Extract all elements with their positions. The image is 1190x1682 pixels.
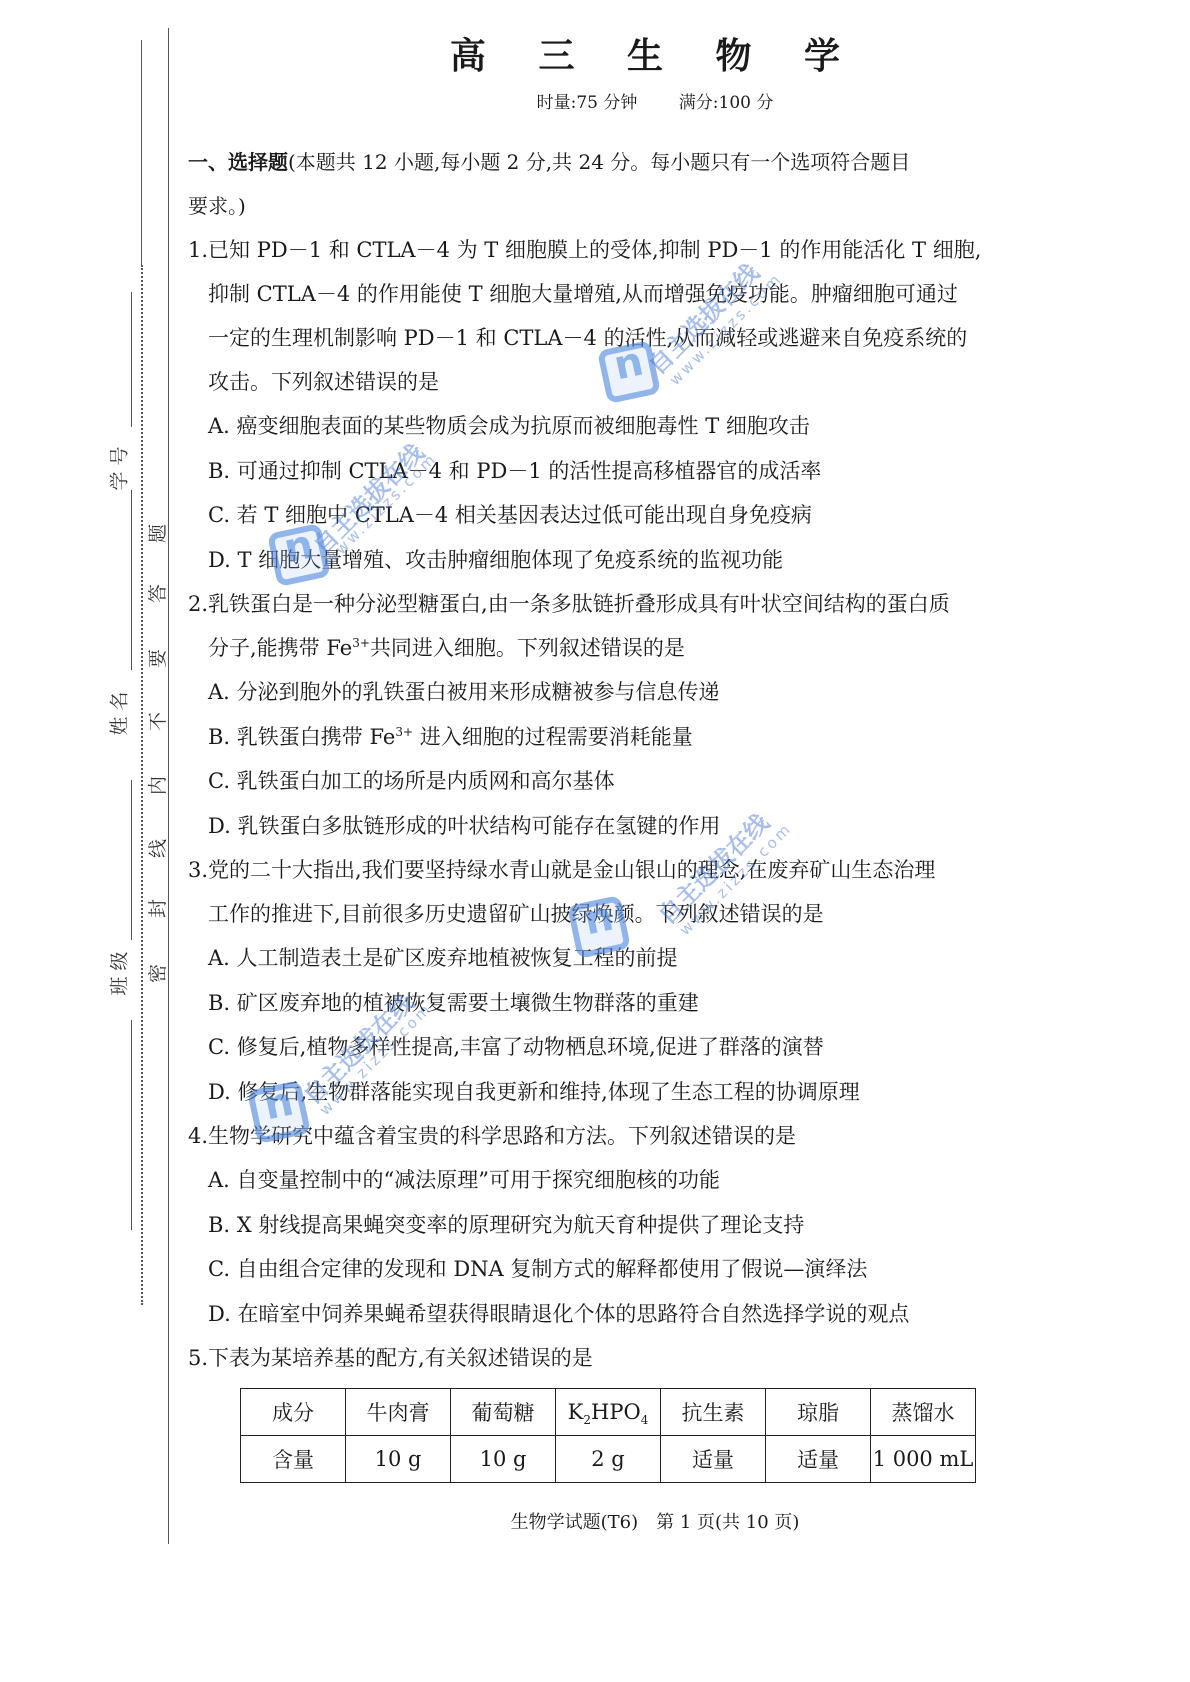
- table-cell: 蒸馏水: [871, 1389, 976, 1436]
- option-b: B. X 射线提高果蝇突变率的原理研究为航天育种提供了理论支持: [188, 1203, 1018, 1248]
- class-underline: [131, 780, 132, 940]
- option-text: B. 乳铁蛋白携带 Fe: [208, 725, 395, 749]
- question-stem-line: 下表为某培养基的配方,有关叙述错误的是: [208, 1346, 593, 1370]
- ion-charge: 3+: [352, 636, 370, 650]
- table-cell: 适量: [766, 1436, 871, 1483]
- option-text: 进入细胞的过程需要消耗能量: [413, 725, 693, 749]
- question-number: 2.: [188, 592, 208, 616]
- exam-full-score: 满分:100 分: [679, 93, 774, 113]
- table-row: 成分 牛肉膏 葡萄糖 K2HPO4 抗生素 琼脂 蒸馏水: [241, 1389, 976, 1436]
- watermark-logo-icon: [267, 523, 331, 587]
- exam-duration: 时量:75 分钟: [537, 93, 638, 113]
- name-label: 姓 名: [105, 684, 132, 744]
- ion-charge: 3+: [395, 725, 413, 739]
- question-number: 1.: [188, 238, 208, 262]
- seal-char: 封: [143, 899, 170, 918]
- option-a: A. 癌变细胞表面的某些物质会成为抗原而被细胞毒性 T 细胞攻击: [188, 404, 1018, 449]
- question-stem-line: 抑制 CTLA－4 的作用能使 T 细胞大量增殖,从而增强免疫功能。肿瘤细胞可通…: [188, 272, 1018, 316]
- formula-part: K: [568, 1400, 584, 1424]
- section-instructions: (本题共 12 小题,每小题 2 分,共 24 分。每小题只有一个选项符合题目: [288, 150, 910, 174]
- question-stem-line: 已知 PD－1 和 CTLA－4 为 T 细胞膜上的受体,抑制 PD－1 的作用…: [208, 238, 981, 262]
- question-2: 2.乳铁蛋白是一种分泌型糖蛋白,由一条多肽链折叠形成具有叶状空间结构的蛋白质 分…: [188, 582, 1018, 848]
- page-title: 高 三 生 物 学: [0, 28, 1190, 79]
- question-number: 5.: [188, 1346, 208, 1370]
- culture-medium-table: 成分 牛肉膏 葡萄糖 K2HPO4 抗生素 琼脂 蒸馏水 含量 10 g 10 …: [240, 1388, 976, 1483]
- table-cell: 10 g: [346, 1436, 451, 1483]
- option-b: B. 乳铁蛋白携带 Fe3+ 进入细胞的过程需要消耗能量: [188, 715, 1018, 760]
- class-underline-lower: [131, 1020, 132, 1230]
- table-cell: K2HPO4: [556, 1389, 661, 1436]
- watermark-logo-icon: [567, 895, 631, 959]
- section-instructions-cont: 要求。): [188, 184, 1018, 228]
- table-cell: 1 000 mL: [871, 1436, 976, 1483]
- section-heading: 一、选择题(本题共 12 小题,每小题 2 分,共 24 分。每小题只有一个选项…: [188, 140, 1018, 184]
- class-label: 班 级: [105, 944, 132, 1004]
- option-d: D. 在暗室中饲养果蝇希望获得眼睛退化个体的思路符合自然选择学说的观点: [188, 1292, 1018, 1337]
- stem-text: 分子,能携带 Fe: [208, 636, 352, 660]
- option-a: A. 自变量控制中的“减法原理”可用于探究细胞核的功能: [188, 1158, 1018, 1203]
- table-cell: 适量: [661, 1436, 766, 1483]
- table-cell: 牛肉膏: [346, 1389, 451, 1436]
- student-id-label: 学 号: [105, 439, 132, 499]
- page-footer: 生物学试题(T6) 第 1 页(共 10 页): [0, 1508, 1190, 1534]
- question-stem-line: 分子,能携带 Fe3+共同进入细胞。下列叙述错误的是: [188, 626, 1018, 670]
- seal-char: 线: [143, 839, 170, 858]
- seal-char: 内: [143, 776, 170, 795]
- section-title: 一、选择题: [188, 150, 288, 174]
- seal-char: 密: [143, 964, 170, 983]
- option-d: D. 乳铁蛋白多肽链形成的叶状结构可能存在氢键的作用: [188, 804, 1018, 849]
- watermark-logo-icon: [247, 1080, 311, 1144]
- formula-part: HPO: [591, 1400, 641, 1424]
- formula-subscript: 4: [641, 1413, 649, 1427]
- row-header: 含量: [241, 1436, 346, 1483]
- option-b: B. 可通过抑制 CTLA－4 和 PD－1 的活性提高移植器官的成活率: [188, 449, 1018, 494]
- seal-char: 不: [143, 712, 170, 731]
- question-5: 5.下表为某培养基的配方,有关叙述错误的是: [188, 1336, 1018, 1380]
- seal-char: 题: [143, 524, 170, 543]
- exam-content: 一、选择题(本题共 12 小题,每小题 2 分,共 24 分。每小题只有一个选项…: [188, 140, 1018, 1380]
- table-cell: 10 g: [451, 1436, 556, 1483]
- option-b: B. 矿区废弃地的植被恢复需要土壤微生物群落的重建: [188, 981, 1018, 1026]
- row-header: 成分: [241, 1389, 346, 1436]
- question-number: 4.: [188, 1124, 208, 1148]
- option-c: C. 乳铁蛋白加工的场所是内质网和高尔基体: [188, 759, 1018, 804]
- student-id-underline: [131, 292, 132, 427]
- option-a: A. 分泌到胞外的乳铁蛋白被用来形成糖被参与信息传递: [188, 670, 1018, 715]
- name-underline: [131, 490, 132, 670]
- formula-subscript: 2: [583, 1413, 591, 1427]
- exam-meta: 时量:75 分钟 满分:100 分: [0, 88, 1190, 113]
- table-cell: 2 g: [556, 1436, 661, 1483]
- seal-char: 答: [143, 584, 170, 603]
- question-stem-line: 党的二十大指出,我们要坚持绿水青山就是金山银山的理念,在废弃矿山生态治理: [208, 858, 935, 882]
- table-cell: 抗生素: [661, 1389, 766, 1436]
- seal-char: 要: [143, 649, 170, 668]
- stem-text: 共同进入细胞。下列叙述错误的是: [370, 636, 685, 660]
- question-4: 4.生物学研究中蕴含着宝贵的科学思路和方法。下列叙述错误的是 A. 自变量控制中…: [188, 1114, 1018, 1336]
- table-cell: 葡萄糖: [451, 1389, 556, 1436]
- table-row: 含量 10 g 10 g 2 g 适量 适量 1 000 mL: [241, 1436, 976, 1483]
- option-c: C. 修复后,植物多样性提高,丰富了动物栖息环境,促进了群落的演替: [188, 1025, 1018, 1070]
- exam-page: 学 号 姓 名 班 级 密 封 线 内 不 要 答 题 高 三 生 物 学 时量…: [0, 0, 1190, 1682]
- table-cell: 琼脂: [766, 1389, 871, 1436]
- option-c: C. 自由组合定律的发现和 DNA 复制方式的解释都使用了假说—演绎法: [188, 1247, 1018, 1292]
- question-stem-line: 乳铁蛋白是一种分泌型糖蛋白,由一条多肽链折叠形成具有叶状空间结构的蛋白质: [208, 592, 950, 616]
- question-number: 3.: [188, 858, 208, 882]
